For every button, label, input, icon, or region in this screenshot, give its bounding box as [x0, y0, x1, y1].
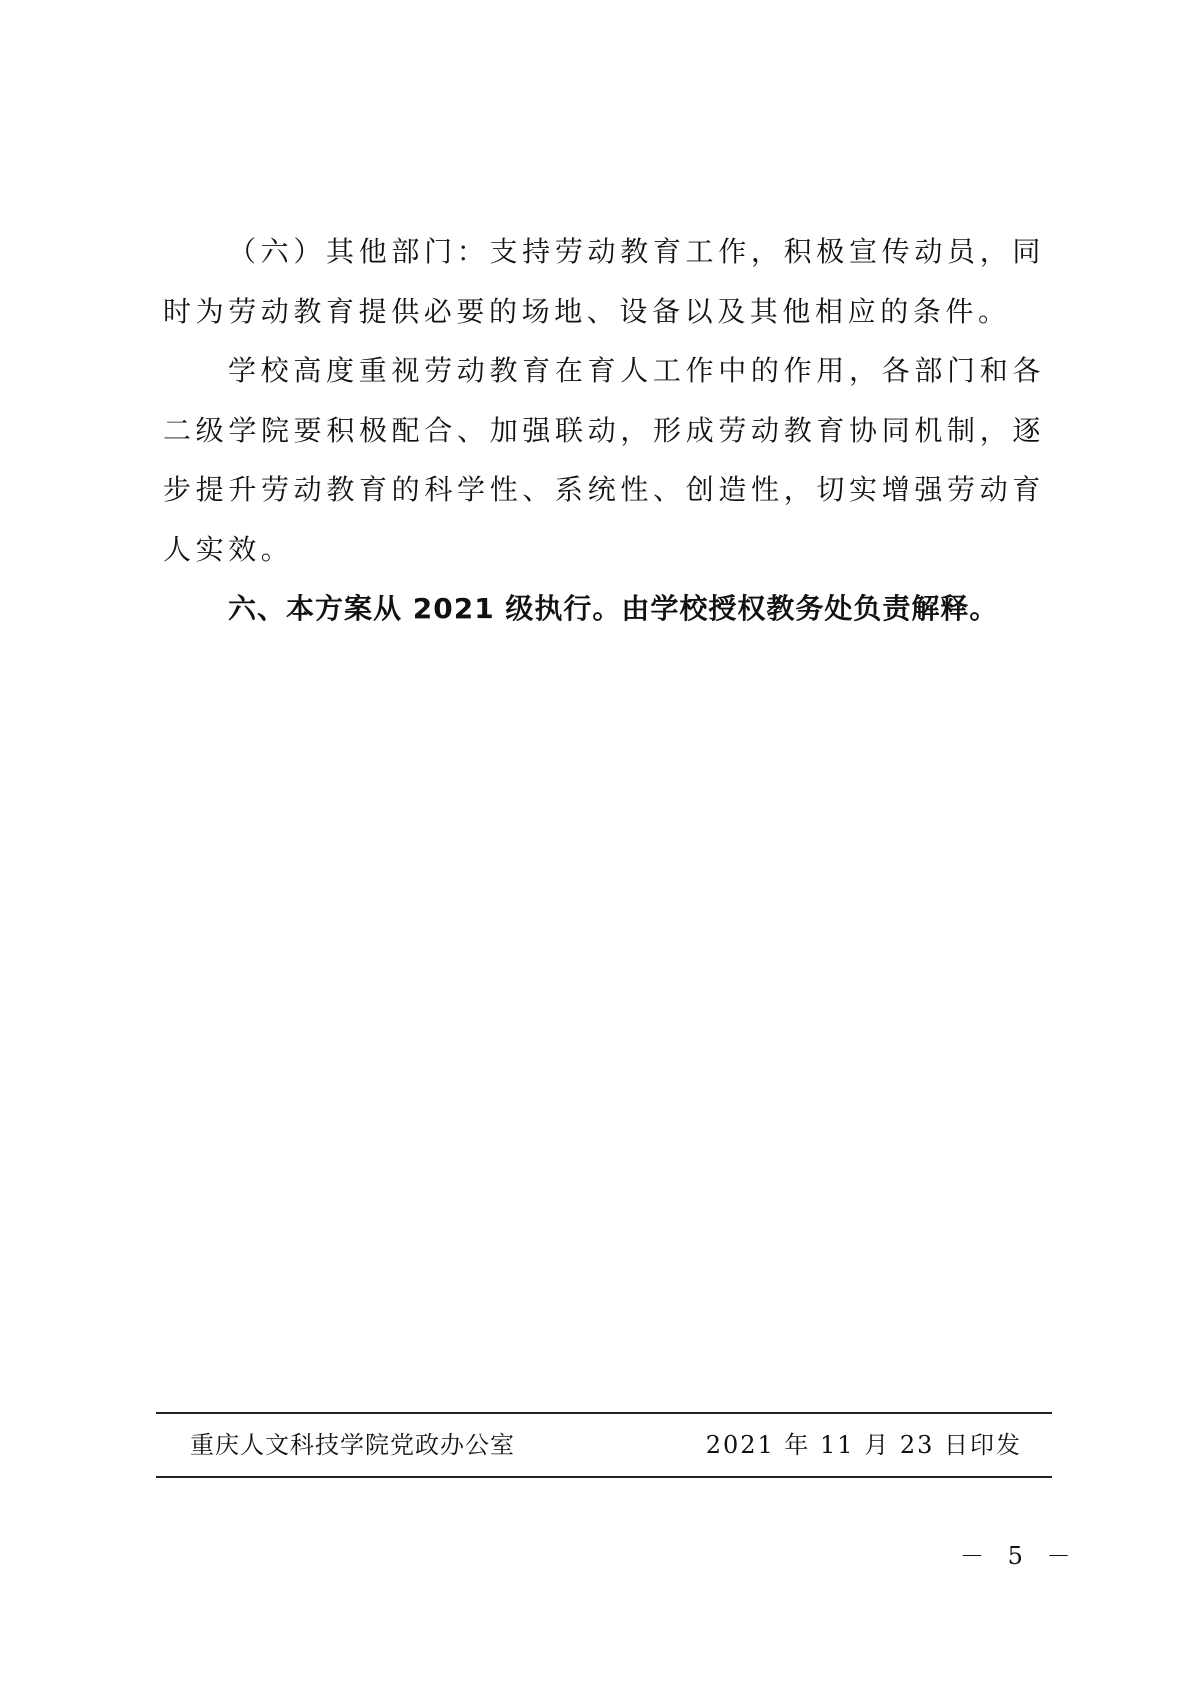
issuer-name: 重庆人文科技学院党政办公室 [190, 1414, 515, 1476]
issue-date: 2021 年 11 月 23 日印发 [706, 1414, 1022, 1476]
text-line: （六）其他部门：支持劳动教育工作，积极宣传动员，同 [163, 222, 1045, 282]
section-heading-six: 六、本方案从 2021 级执行。由学校授权教务处负责解释。 [163, 579, 1045, 639]
text-line: 人实效。 [163, 520, 1045, 580]
document-page: （六）其他部门：支持劳动教育工作，积极宣传动员，同 时为劳动教育提供必要的场地、… [0, 0, 1191, 1684]
paragraph-other-departments: （六）其他部门：支持劳动教育工作，积极宣传动员，同 时为劳动教育提供必要的场地、… [163, 222, 1045, 341]
text-line: 二级学院要积极配合、加强联动，形成劳动教育协同机制，逐 [163, 401, 1045, 461]
text-line: 步提升劳动教育的科学性、系统性、创造性，切实增强劳动育 [163, 460, 1045, 520]
issuance-footer: 重庆人文科技学院党政办公室 2021 年 11 月 23 日印发 [156, 1412, 1052, 1478]
page-number: － 5 － [960, 1536, 1079, 1571]
text-line: 时为劳动教育提供必要的场地、设备以及其他相应的条件。 [163, 282, 1045, 342]
document-body: （六）其他部门：支持劳动教育工作，积极宣传动员，同 时为劳动教育提供必要的场地、… [163, 222, 1045, 639]
text-line: 学校高度重视劳动教育在育人工作中的作用，各部门和各 [163, 341, 1045, 401]
paragraph-school-emphasis: 学校高度重视劳动教育在育人工作中的作用，各部门和各 二级学院要积极配合、加强联动… [163, 341, 1045, 579]
section-heading: 六、本方案从 2021 级执行。由学校授权教务处负责解释。 [163, 579, 1045, 639]
